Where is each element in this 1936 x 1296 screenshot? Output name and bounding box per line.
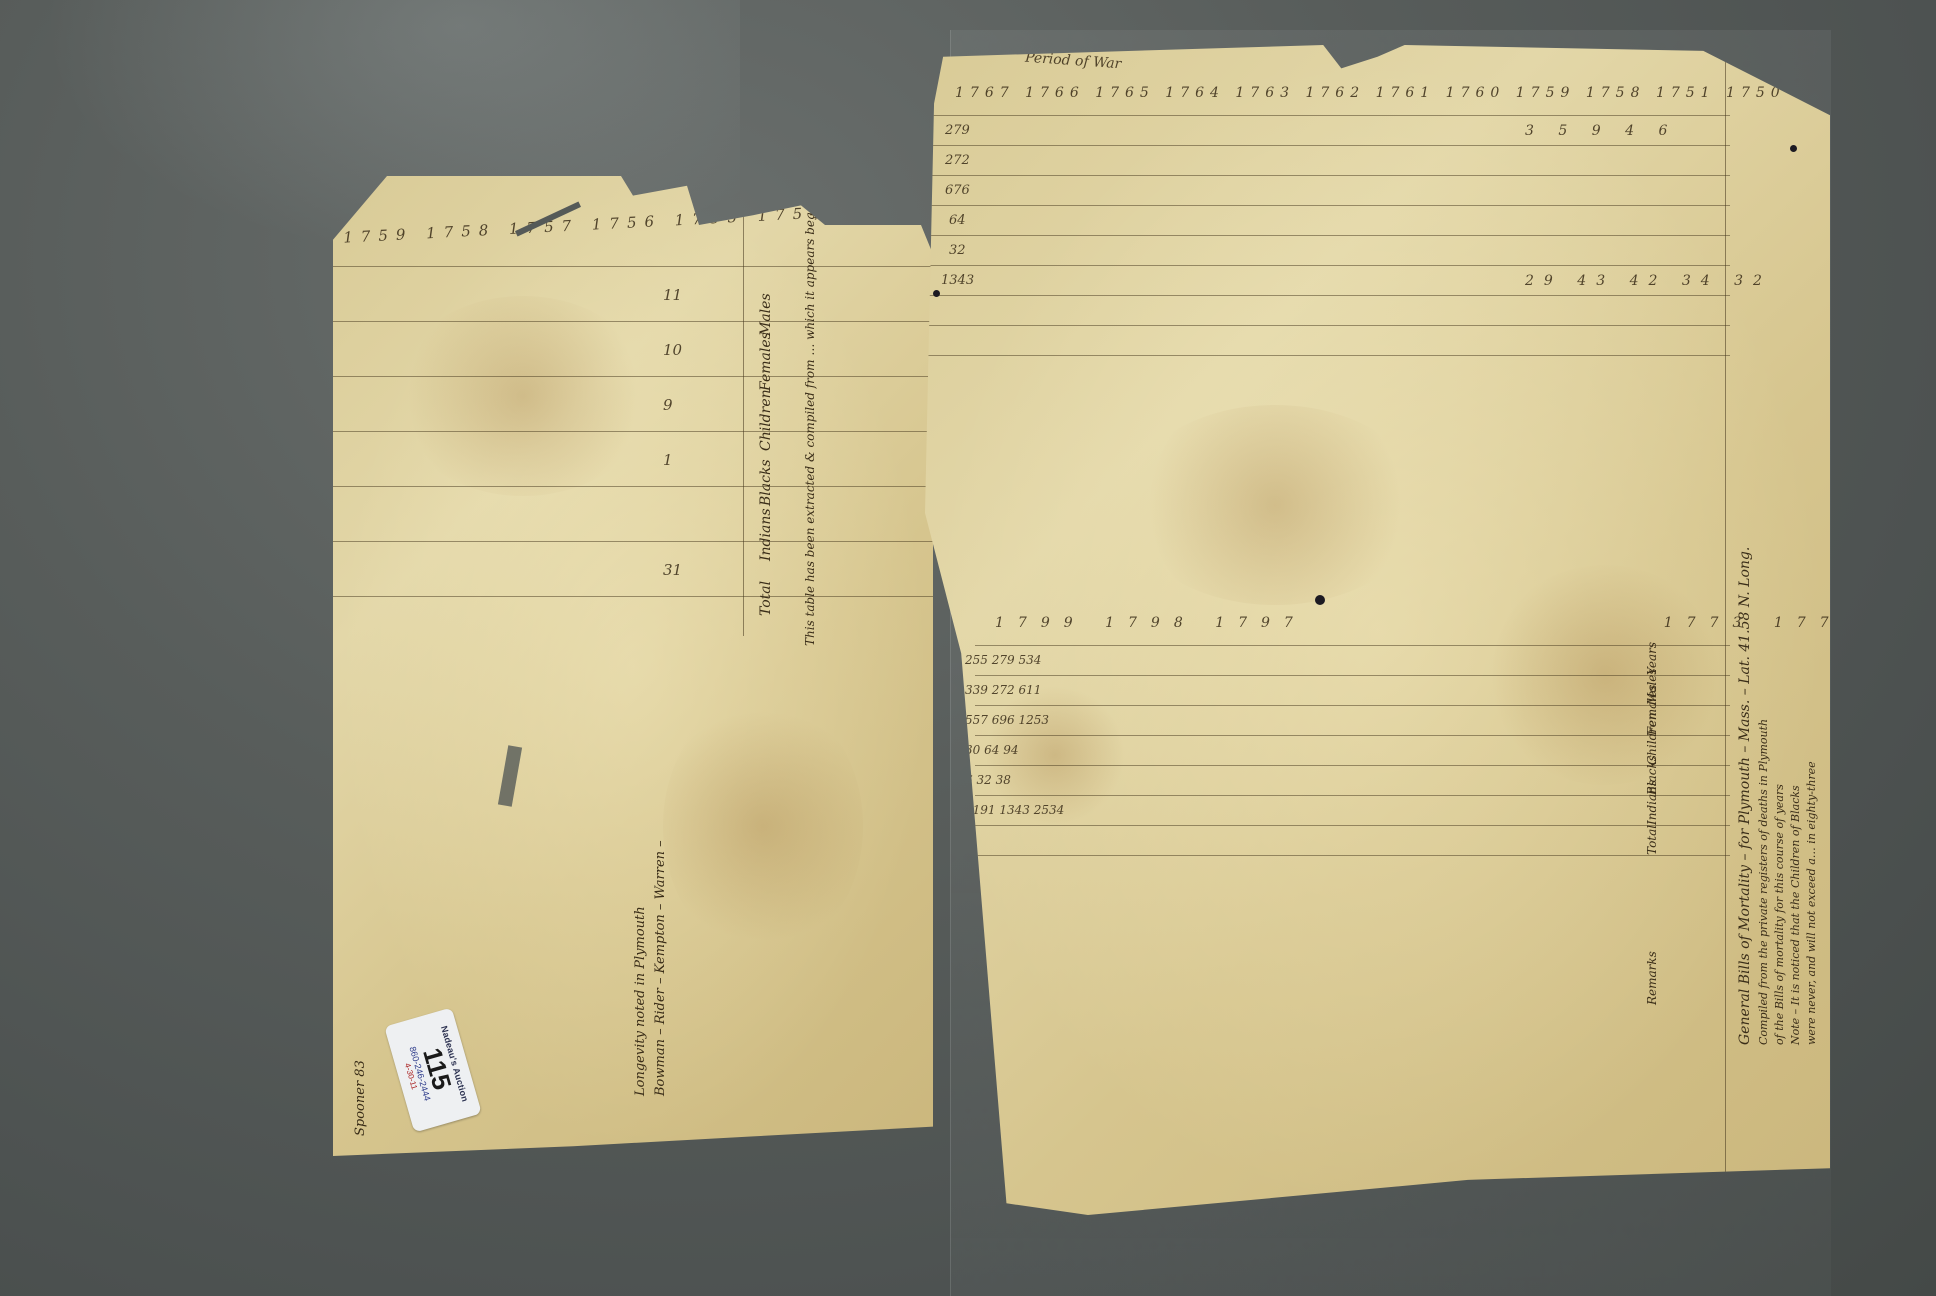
table-rule xyxy=(925,115,1730,116)
table-rule xyxy=(975,705,1730,706)
summary-row: 30 64 94 xyxy=(965,743,1019,757)
col-header-remarks: Remarks xyxy=(1645,951,1659,1005)
footer-line: Bowman – Rider – Kempton – Warren – xyxy=(653,840,668,1096)
year-cell: 1754 xyxy=(757,203,828,225)
table-rule xyxy=(975,675,1730,676)
year-cell: 1765 xyxy=(1095,85,1155,101)
year-cell: 1759 xyxy=(1516,85,1576,101)
ink-blot xyxy=(1790,145,1797,152)
table-rule xyxy=(925,145,1730,146)
paper-stain xyxy=(1125,405,1425,605)
value-cell: 32 xyxy=(1734,273,1772,289)
value-cell: 3 xyxy=(1525,123,1544,139)
intro-line: Note – It is noticed that the Children o… xyxy=(1789,785,1802,1045)
table-rule xyxy=(975,765,1730,766)
table-rule xyxy=(333,266,933,267)
paper-hole xyxy=(498,745,522,807)
col-header-indians: Indians xyxy=(758,508,774,561)
col-header-females: Females xyxy=(758,332,774,391)
table-rule xyxy=(975,735,1730,736)
table-rule xyxy=(333,321,933,322)
table-rule xyxy=(333,431,933,432)
left-manuscript-page: 1759 1758 1757 1756 1755 1754 Males Fema… xyxy=(333,176,933,1156)
table-rule xyxy=(925,325,1730,326)
col-header-total: Total xyxy=(1645,825,1659,855)
ink-blot xyxy=(1315,595,1325,605)
col-header-males: Males xyxy=(758,293,774,336)
table-rule xyxy=(925,235,1730,236)
summary-row: 255 279 534 xyxy=(965,653,1041,667)
upper-total-children: 676 xyxy=(945,183,970,198)
year-cell: 1772 xyxy=(1774,615,1830,631)
col-header-children: Children xyxy=(758,389,774,451)
value-cell: 42 xyxy=(1630,273,1668,289)
summary-row: 1191 1343 2534 xyxy=(965,803,1064,817)
value-cell: 5 xyxy=(1558,123,1577,139)
year-cell: 1759 xyxy=(343,225,414,247)
table-rule xyxy=(925,295,1730,296)
table-rule xyxy=(925,265,1730,266)
table-rule xyxy=(333,596,933,597)
table-rule xyxy=(743,216,744,636)
value-cell: 64 xyxy=(984,743,999,757)
year-cell: 1799 xyxy=(995,615,1087,631)
year-cell: 1767 xyxy=(955,85,1015,101)
value-cell: 10 xyxy=(663,341,682,359)
year-cell: 1756 xyxy=(591,212,662,234)
value-cell: 4 xyxy=(1625,123,1644,139)
year-cell: 1760 xyxy=(1446,85,1506,101)
value-cell: 29 xyxy=(1525,273,1563,289)
col-header-indians: Indians xyxy=(1645,780,1659,825)
value-cell: 255 xyxy=(965,653,988,667)
upper-total-indians: 32 xyxy=(949,243,966,258)
value-cell: 272 xyxy=(992,683,1015,697)
upper-total-females: 272 xyxy=(945,153,970,168)
year-cell: 1751 xyxy=(1656,85,1716,101)
table-rule xyxy=(925,205,1730,206)
intro-line: of the Bills of mortality for this cours… xyxy=(1773,784,1786,1045)
value-cell: 557 xyxy=(965,713,988,727)
year-cell: 1766 xyxy=(1025,85,1085,101)
ink-blot xyxy=(933,290,940,297)
year-cell: 1763 xyxy=(1235,85,1295,101)
col-header-total: Total xyxy=(758,581,774,616)
value-cell: 34 xyxy=(1682,273,1720,289)
value-cell: 339 xyxy=(965,683,988,697)
value-cell: 6 xyxy=(1659,123,1678,139)
year-row: 1759 1758 1757 1756 1755 1754 xyxy=(343,203,828,246)
year-cell: 1764 xyxy=(1165,85,1225,101)
document-title: General Bills of Mortality – for Plymout… xyxy=(1737,547,1753,1045)
footer-line: Longevity noted in Plymouth xyxy=(633,906,648,1096)
value-cell: 696 xyxy=(992,713,1015,727)
table-rule xyxy=(333,486,933,487)
lower-year-row: 1799 1798 1797 1773 1772 1771 1770 1769 … xyxy=(995,615,1830,631)
table-rule xyxy=(333,541,933,542)
value-cell: 611 xyxy=(1018,683,1041,697)
value-cell: 9 xyxy=(1592,123,1611,139)
table-rule xyxy=(975,825,1730,826)
value-cell: 534 xyxy=(1018,653,1041,667)
table-rule xyxy=(925,175,1730,176)
paper-stain xyxy=(393,296,653,496)
value-cell: 1 xyxy=(663,451,673,469)
year-cell: 1797 xyxy=(1215,615,1307,631)
value-cell: 279 xyxy=(992,653,1015,667)
right-manuscript-page: Period of War 1767 1766 1765 1764 1763 1… xyxy=(925,45,1830,1215)
upper-total-males: 279 xyxy=(945,123,970,138)
value-cell: 43 xyxy=(1577,273,1615,289)
value-cell: 32 xyxy=(976,773,991,787)
value-cell: 9 xyxy=(663,396,673,414)
paper-stain xyxy=(663,696,863,956)
year-cell: 1761 xyxy=(1376,85,1436,101)
summary-row: 339 272 611 xyxy=(965,683,1041,697)
upper-row-males: 3 5 9 4 6 xyxy=(1525,123,1677,139)
col-header-blacks: Blacks xyxy=(758,459,774,506)
intro-line: Compiled from the private registers of d… xyxy=(1757,719,1770,1045)
footer-line: Spooner 83 xyxy=(353,1060,368,1136)
table-rule xyxy=(975,855,1730,856)
upper-total-grand: 1343 xyxy=(941,273,974,288)
table-rule xyxy=(333,376,933,377)
table-rule xyxy=(975,645,1730,646)
value-cell: 94 xyxy=(1003,743,1018,757)
value-cell: 1343 xyxy=(999,803,1030,817)
value-cell: 1253 xyxy=(1018,713,1049,727)
year-cell: 1798 xyxy=(1105,615,1197,631)
value-cell: 11 xyxy=(663,286,682,304)
value-cell: 31 xyxy=(663,561,682,579)
summary-row: 557 696 1253 xyxy=(965,713,1049,727)
table-rule xyxy=(925,355,1730,356)
value-cell: 2534 xyxy=(1034,803,1065,817)
year-cell: 1762 xyxy=(1305,85,1365,101)
value-cell: 38 xyxy=(996,773,1011,787)
intro-line: were never, and will not exceed a… in ei… xyxy=(1805,761,1818,1045)
upper-total-blacks: 64 xyxy=(949,213,966,228)
year-cell: 1758 xyxy=(426,221,497,243)
table-note: This table has been extracted & compiled… xyxy=(803,176,817,646)
year-row: 1767 1766 1765 1764 1763 1762 1761 1760 … xyxy=(955,85,1830,101)
upper-row-totals: 29 43 42 34 32 xyxy=(1525,273,1772,289)
table-rule xyxy=(975,795,1730,796)
year-cell: 1758 xyxy=(1586,85,1646,101)
